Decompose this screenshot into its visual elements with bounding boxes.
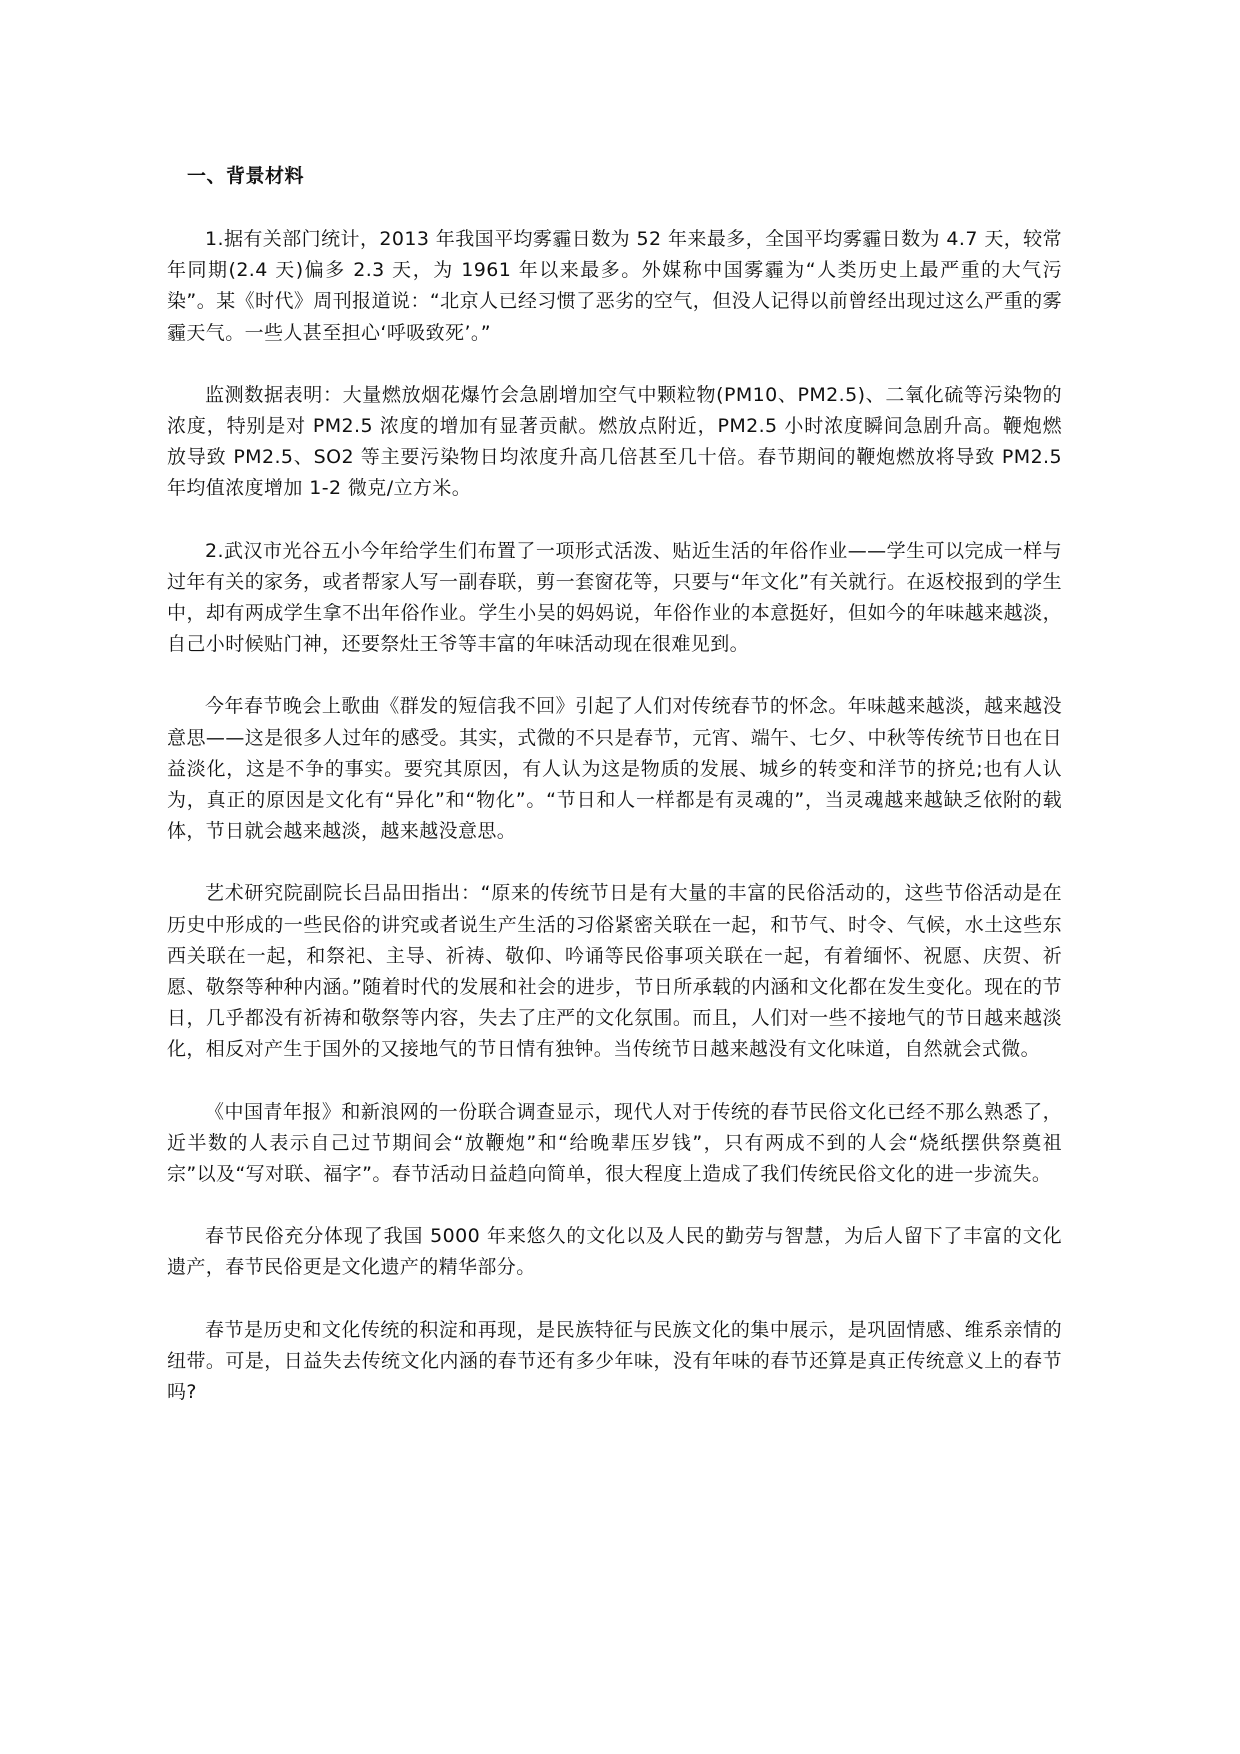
- paragraph-festival-fading: 今年春节晚会上歌曲《群发的短信我不回》引起了人们对传统春节的怀念。年味越来越淡，…: [167, 691, 1062, 847]
- paragraph-wuhan-homework: 2.武汉市光谷五小今年给学生们布置了一项形式活泼、贴近生活的年俗作业——学生可以…: [167, 536, 1062, 661]
- paragraph-fireworks-monitoring: 监测数据表明：大量燃放烟花爆竹会急剧增加空气中颗粒物(PM10、PM2.5)、二…: [167, 380, 1062, 505]
- paragraph-closing-question: 春节是历史和文化传统的积淀和再现，是民族特征与民族文化的集中展示，是巩固情感、维…: [167, 1315, 1062, 1409]
- paragraph-survey: 《中国青年报》和新浪网的一份联合调查显示，现代人对于传统的春节民俗文化已经不那么…: [167, 1097, 1062, 1191]
- paragraph-lv-pintian-quote: 艺术研究院副院长吕品田指出：“原来的传统节日是有大量的丰富的民俗活动的，这些节俗…: [167, 878, 1062, 1065]
- section-heading: 一、背景材料: [187, 160, 1062, 192]
- document-page: 一、背景材料 1.据有关部门统计，2013 年我国平均雾霾日数为 52 年来最多…: [167, 160, 1062, 1439]
- paragraph-cultural-heritage: 春节民俗充分体现了我国 5000 年来悠久的文化以及人民的勤劳与智慧，为后人留下…: [167, 1221, 1062, 1283]
- paragraph-smog-statistics: 1.据有关部门统计，2013 年我国平均雾霾日数为 52 年来最多，全国平均雾霾…: [167, 224, 1062, 349]
